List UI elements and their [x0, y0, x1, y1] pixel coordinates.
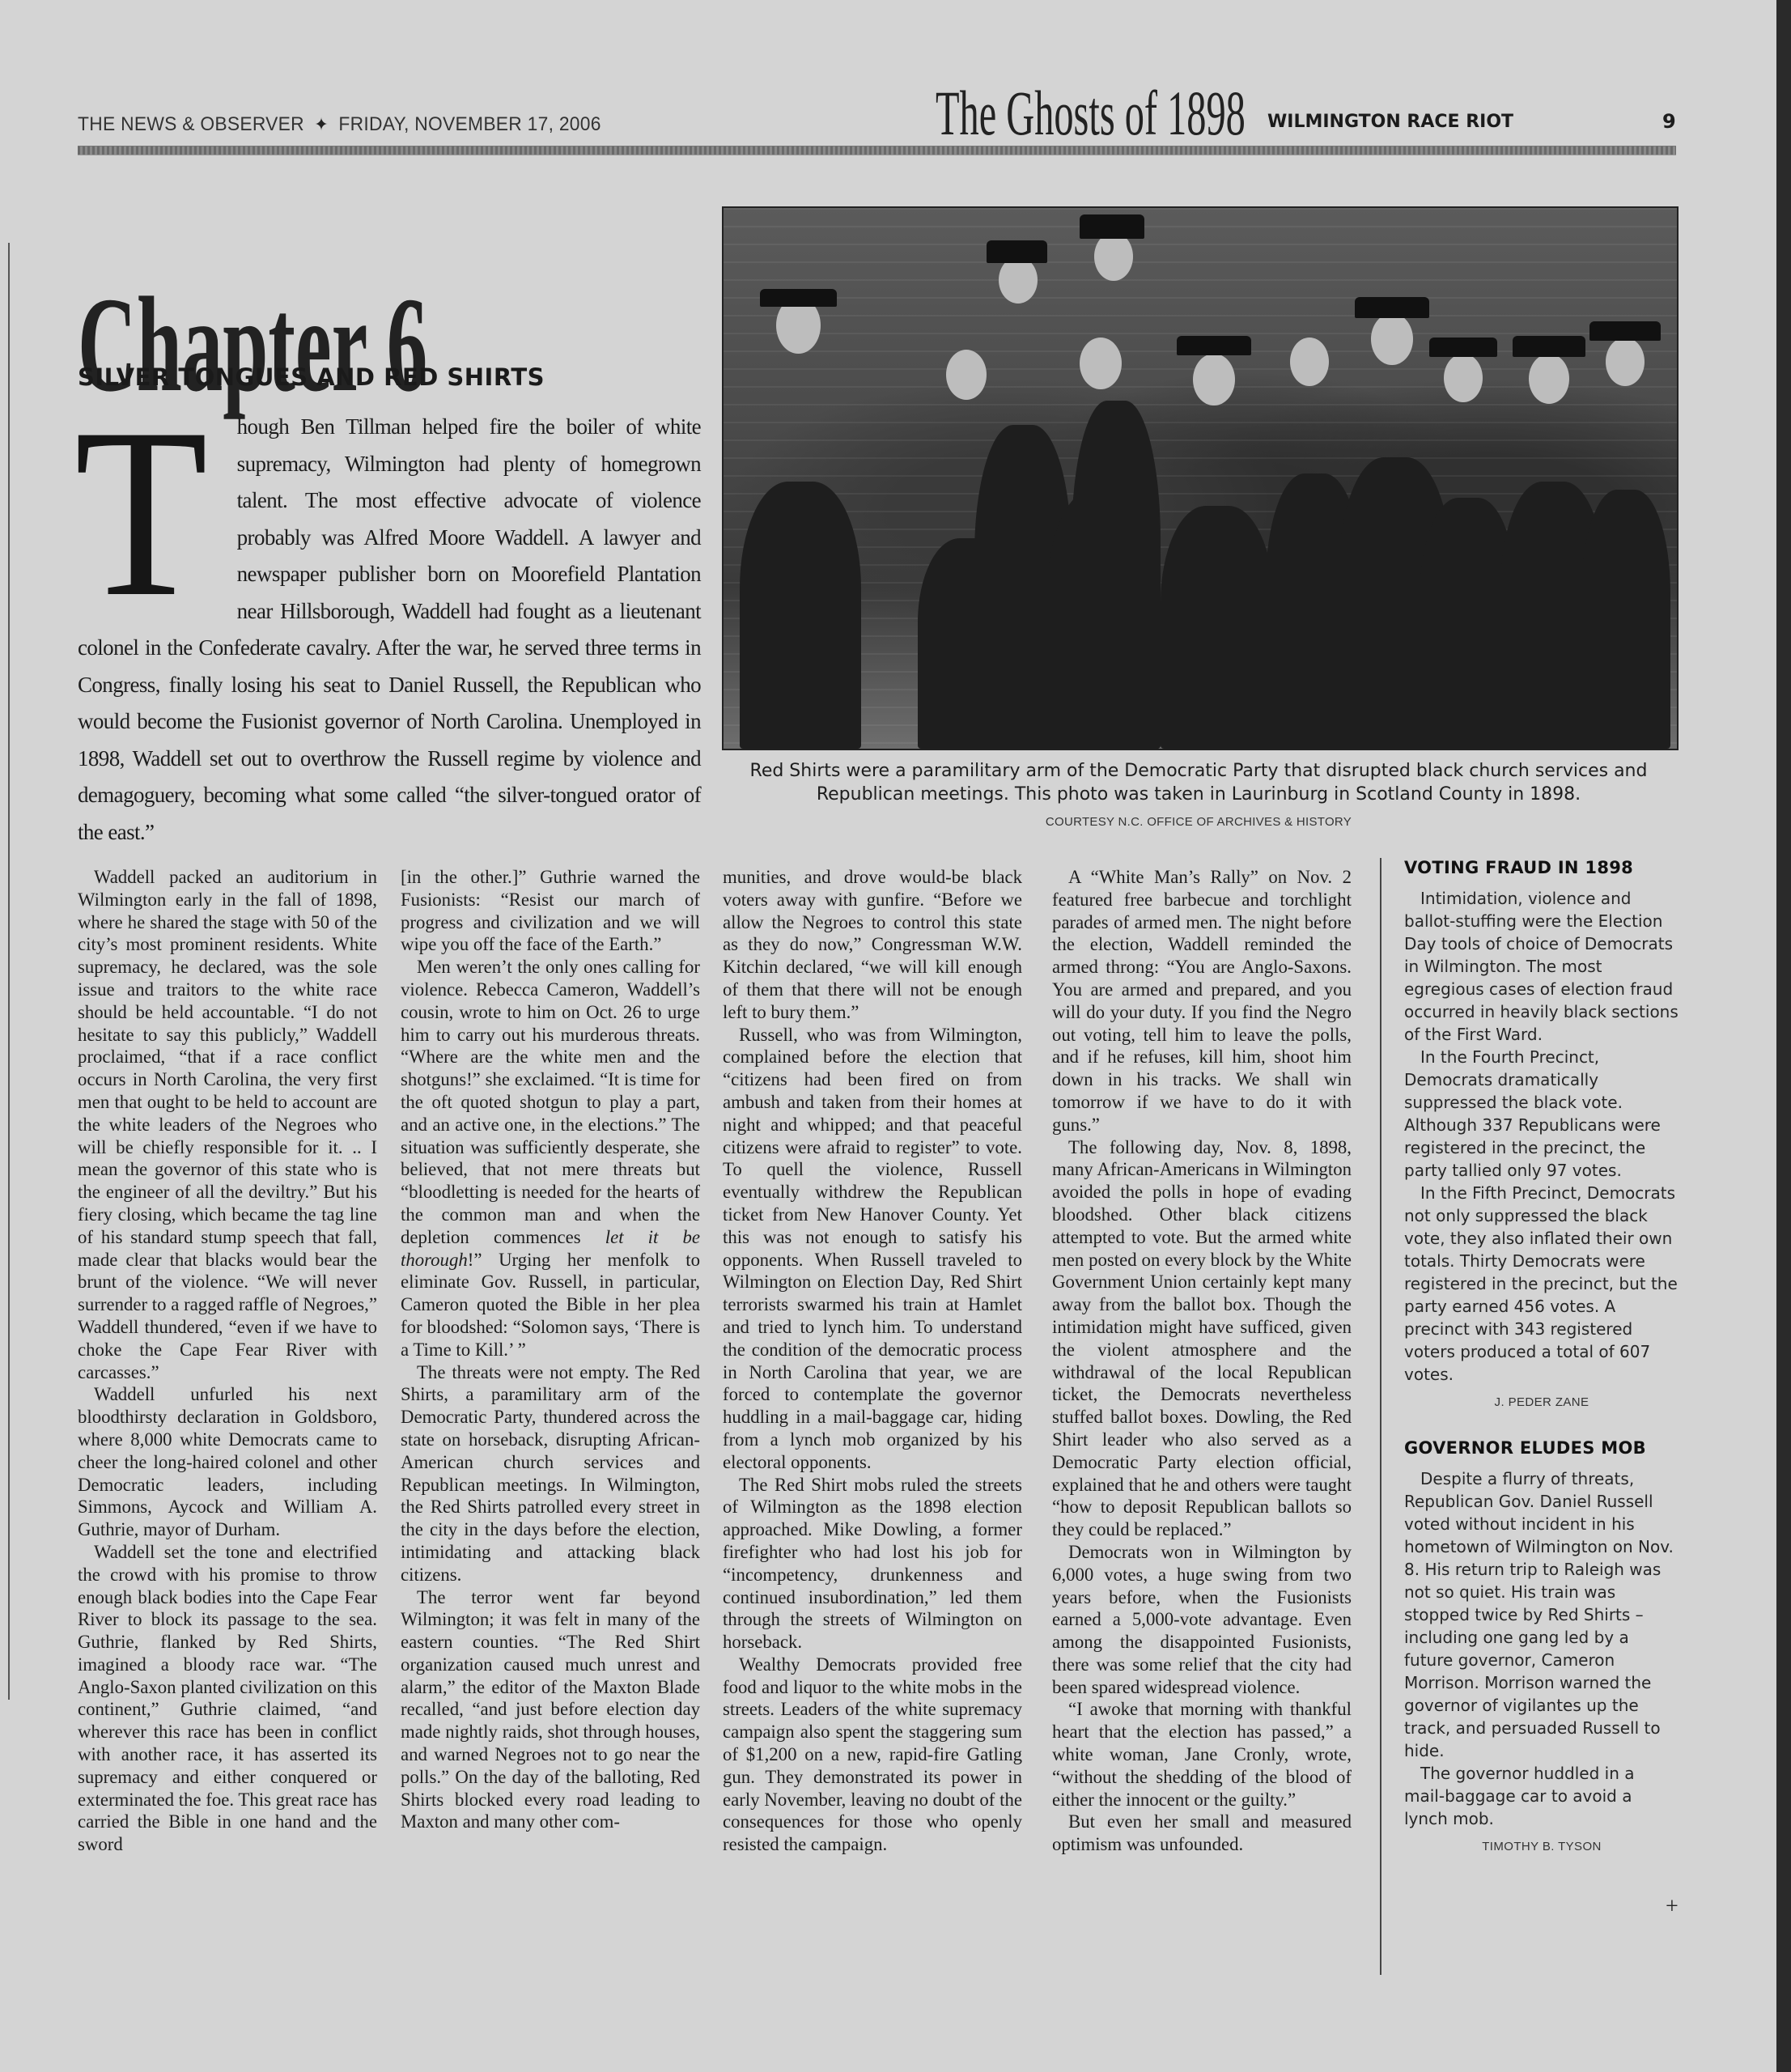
- photo-hat: [760, 289, 837, 307]
- sidebar-paragraph: Despite a flurry of threats, Republican …: [1404, 1467, 1679, 1762]
- paragraph: Waddell packed an auditorium in Wilmingt…: [78, 866, 377, 1383]
- publication-date: FRIDAY, NOVEMBER 17, 2006: [338, 113, 601, 135]
- photo-face: [946, 350, 987, 400]
- paragraph: The following day, Nov. 8, 1898, many Af…: [1052, 1136, 1352, 1541]
- article-column-3: munities, and drove would-be black voter…: [723, 866, 1022, 1856]
- photo-figure: [1161, 506, 1274, 749]
- page-header: THE NEWS & OBSERVER ✦ FRIDAY, NOVEMBER 1…: [78, 81, 1676, 154]
- photo-face: [999, 257, 1038, 304]
- photo-figure: [1581, 490, 1670, 749]
- photo-figure: [740, 482, 861, 749]
- photo-face: [1371, 313, 1413, 365]
- sidebar: VOTING FRAUD IN 1898 Intimidation, viole…: [1380, 858, 1679, 1975]
- photo-hat: [1177, 336, 1251, 355]
- paragraph-text: Men weren’t the only ones calling for vi…: [401, 957, 700, 1247]
- photo-face: [1606, 338, 1645, 386]
- sidebar-paragraph: The governor huddled in a mail-baggage c…: [1404, 1762, 1679, 1830]
- paragraph: Waddell unfurled his next bloodthirsty d…: [78, 1383, 377, 1541]
- photo-figure: [1072, 401, 1161, 749]
- section-label: WILMINGTON RACE RIOT: [1267, 112, 1513, 132]
- photo-face: [1290, 338, 1329, 386]
- photo-face: [1094, 232, 1133, 281]
- sidebar-byline: TIMOTHY B. TYSON: [1404, 1840, 1679, 1853]
- series-title: The Ghosts of 1898: [936, 81, 1246, 146]
- photo-caption: Red Shirts were a paramilitary arm of th…: [722, 759, 1675, 806]
- photo-face: [1080, 338, 1122, 389]
- photo-hat: [1080, 214, 1144, 239]
- photo-hat: [1513, 336, 1585, 357]
- paragraph: Waddell set the tone and electrified the…: [78, 1541, 377, 1856]
- publication-name: THE NEWS & OBSERVER: [78, 113, 304, 135]
- paragraph: But even her small and measured optimism…: [1052, 1811, 1352, 1856]
- paragraph: [in the other.]” Guthrie warned the Fusi…: [401, 866, 700, 956]
- sidebar-byline: J. PEDER ZANE: [1404, 1395, 1679, 1409]
- paragraph: A “White Man’s Rally” on Nov. 2 featured…: [1052, 866, 1352, 1136]
- page-edge-left: [0, 243, 10, 1700]
- registration-mark-icon: +: [1666, 1894, 1679, 1920]
- governor-eludes-box: GOVERNOR ELUDES MOB Despite a flurry of …: [1404, 1438, 1679, 1853]
- header-rule: [78, 146, 1676, 155]
- photo-credit: COURTESY N.C. OFFICE OF ARCHIVES & HISTO…: [722, 815, 1675, 829]
- diamond-icon: ✦: [314, 114, 329, 134]
- intro-paragraph: Though Ben Tillman helped fire the boile…: [78, 409, 701, 851]
- photo-hat: [987, 240, 1047, 263]
- drop-cap: T: [74, 415, 207, 609]
- sidebar-heading: GOVERNOR ELUDES MOB: [1404, 1438, 1679, 1458]
- paragraph: The threats were not empty. The Red Shir…: [401, 1361, 700, 1586]
- photo-hat: [1589, 321, 1661, 341]
- paragraph: munities, and drove would-be black voter…: [723, 866, 1022, 1024]
- photo-hat: [1355, 297, 1429, 318]
- sidebar-heading: VOTING FRAUD IN 1898: [1404, 858, 1679, 877]
- paragraph: Wealthy Democrats provided free food and…: [723, 1654, 1022, 1856]
- photo-hat: [1429, 338, 1497, 357]
- article-column-1: Waddell packed an auditorium in Wilmingt…: [78, 866, 377, 1856]
- page-number: 9: [1662, 110, 1676, 133]
- paragraph: Democrats won in Wilmington by 6,000 vot…: [1052, 1541, 1352, 1699]
- paragraph: Men weren’t the only ones calling for vi…: [401, 956, 700, 1361]
- voting-fraud-box: VOTING FRAUD IN 1898 Intimidation, viole…: [1404, 858, 1679, 1409]
- article-column-4: A “White Man’s Rally” on Nov. 2 featured…: [1052, 866, 1352, 1856]
- photo-face: [1529, 354, 1569, 404]
- red-shirts-photo: [722, 206, 1679, 750]
- sidebar-paragraph: Intimidation, violence and ballot-stuffi…: [1404, 887, 1679, 1046]
- paragraph: “I awoke that morning with thankful hear…: [1052, 1698, 1352, 1811]
- masthead: THE NEWS & OBSERVER ✦ FRIDAY, NOVEMBER 1…: [78, 113, 601, 136]
- paragraph: Russell, who was from Wilmington, compla…: [723, 1024, 1022, 1474]
- article-column-2: [in the other.]” Guthrie warned the Fusi…: [401, 866, 700, 1833]
- photo-face: [1444, 354, 1483, 402]
- photo-face: [1193, 354, 1235, 405]
- paragraph: The Red Shirt mobs ruled the streets of …: [723, 1474, 1022, 1654]
- page-edge-right: [1776, 0, 1791, 2072]
- sidebar-paragraph: In the Fifth Precinct, Democrats not onl…: [1404, 1182, 1679, 1386]
- paragraph: The terror went far beyond Wilmington; i…: [401, 1586, 700, 1834]
- sidebar-paragraph: In the Fourth Precinct, Democrats dramat…: [1404, 1046, 1679, 1182]
